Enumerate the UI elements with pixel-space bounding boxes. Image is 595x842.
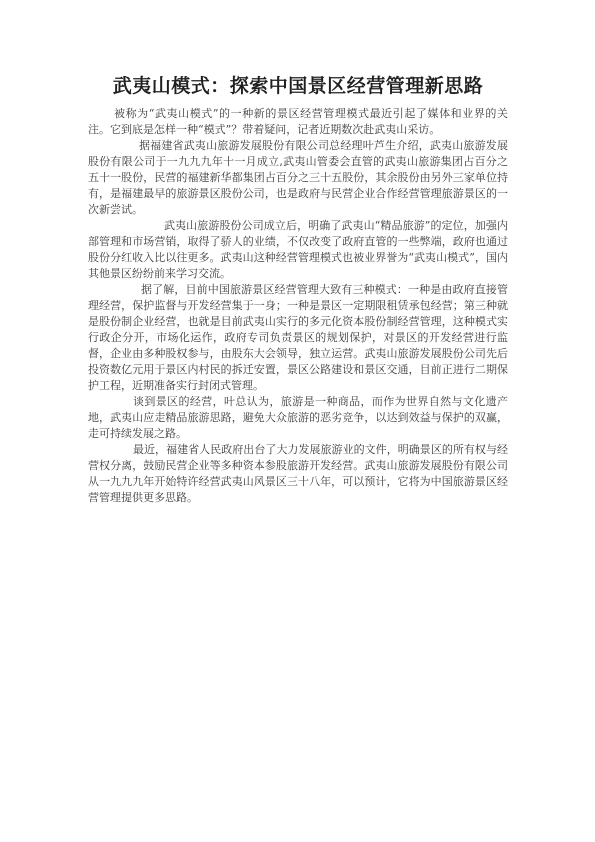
paragraph: 最近，福建省人民政府出台了大力发展旅游业的文件，明确景区的所有权与经营权分离，鼓… [88, 442, 508, 506]
paragraph: 据福建省武夷山旅游发展股份有限公司总经理叶芦生介绍，武夷山旅游发展股份有限公司于… [88, 138, 508, 218]
paragraph: 谈到景区的经营，叶总认为，旅游是一种商品，而作为世界自然与文化遗产地，武夷山应走… [88, 394, 508, 442]
paragraph: 被称为“武夷山模式”的一种新的景区经营管理模式最近引起了媒体和业界的关注。它到底… [88, 106, 508, 138]
page-title: 武夷山模式：探索中国景区经营管理新思路 [88, 74, 508, 99]
article-body: 被称为“武夷山模式”的一种新的景区经营管理模式最近引起了媒体和业界的关注。它到底… [88, 106, 508, 506]
paragraph: 武夷山旅游股份公司成立后，明确了武夷山“精品旅游”的定位，加强内部管理和市场营销… [88, 218, 508, 282]
paragraph: 据了解，目前中国旅游景区经营管理大致有三种模式：一种是由政府直接管理经营，保护监… [88, 282, 508, 394]
document-page: 武夷山模式：探索中国景区经营管理新思路 被称为“武夷山模式”的一种新的景区经营管… [0, 0, 595, 842]
